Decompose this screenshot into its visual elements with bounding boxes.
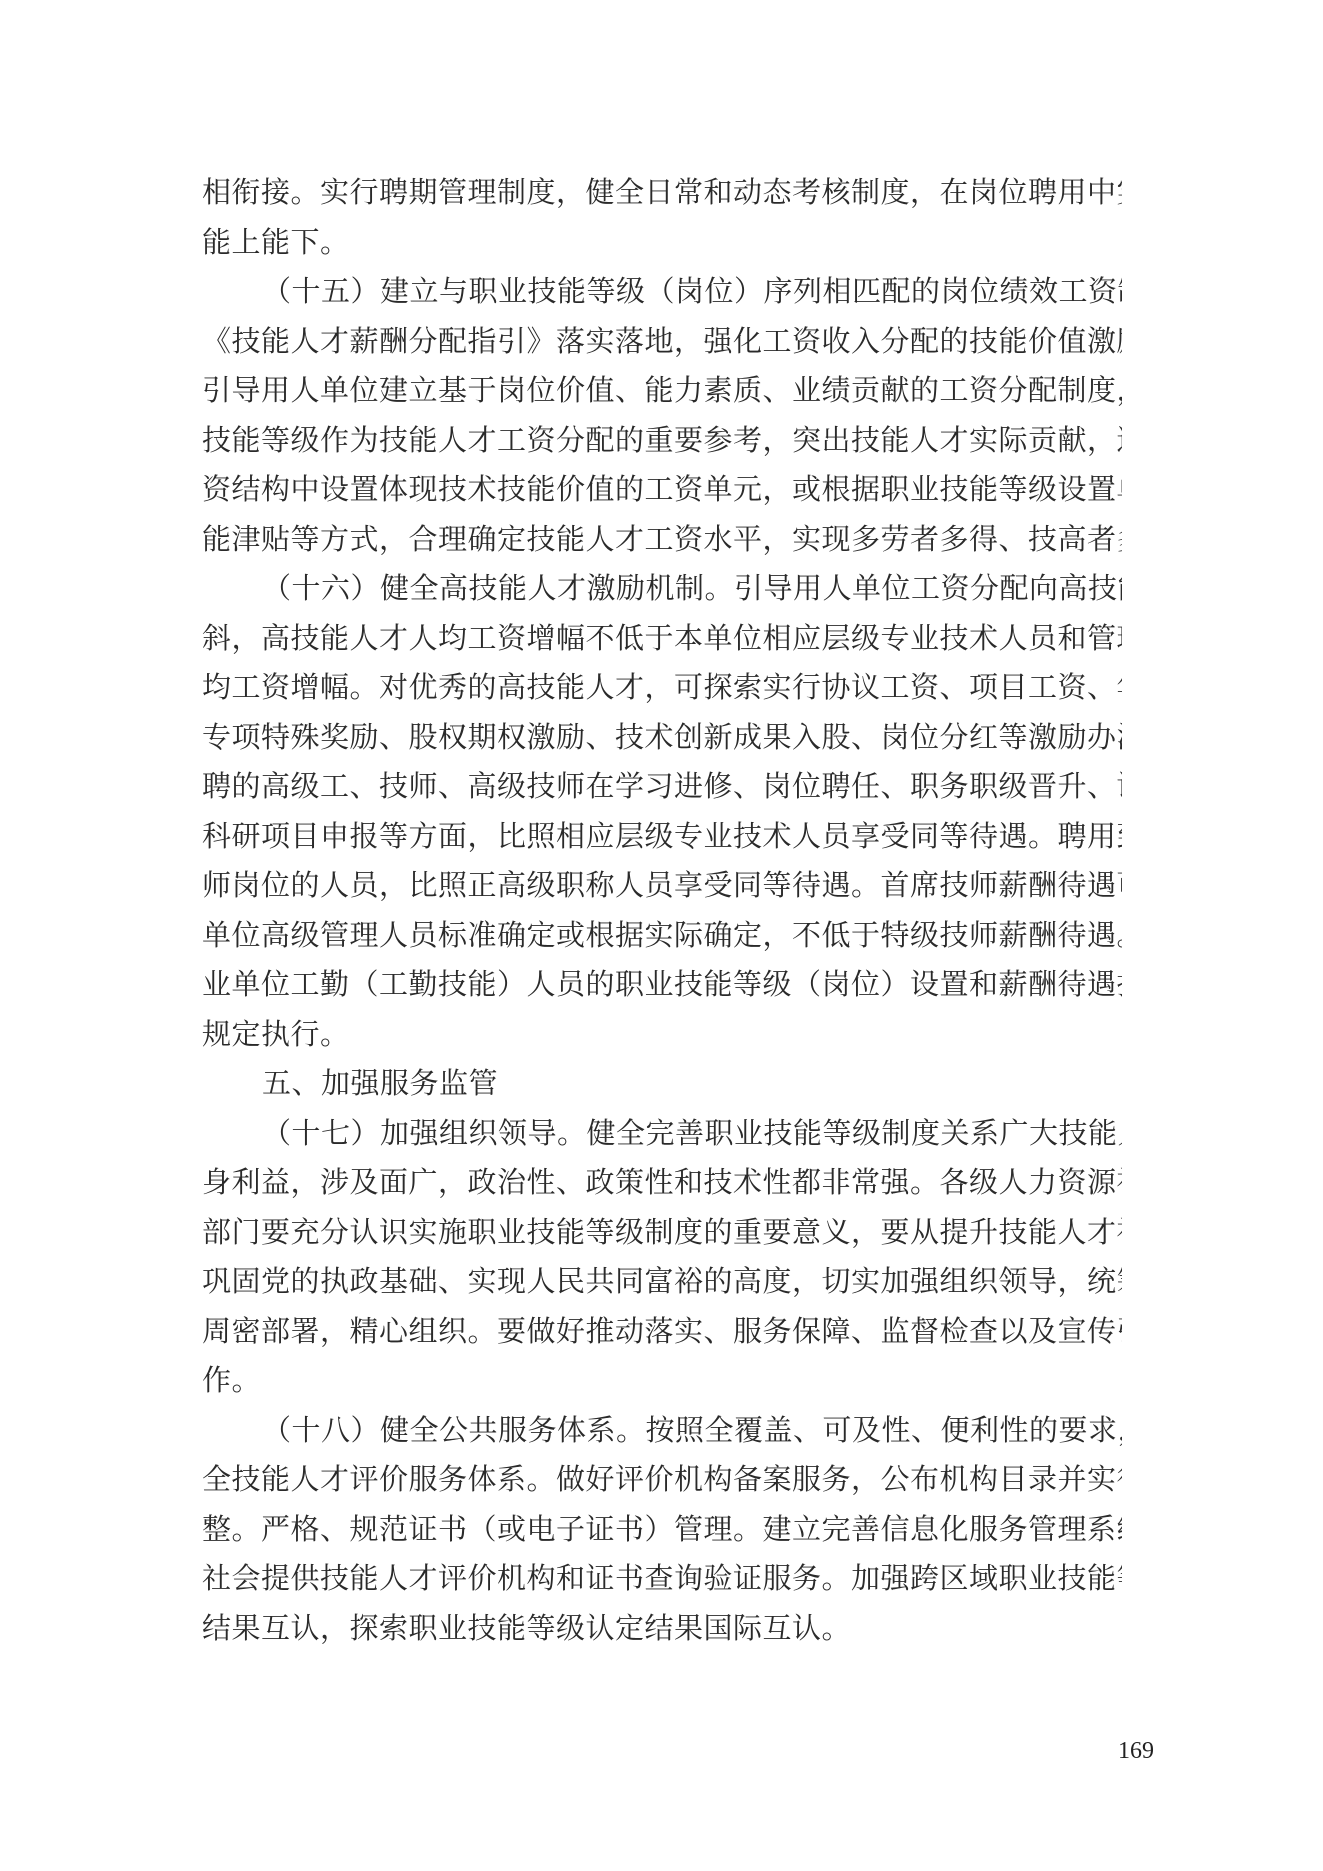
- page-number: 169: [1118, 1738, 1154, 1765]
- text-line: 部门要充分认识实施职业技能等级制度的重要意义，要从提升技能人才社会地位、: [202, 1208, 1122, 1258]
- text-line: 师岗位的人员，比照正高级职称人员享受同等待遇。首席技师薪酬待遇可参照本: [202, 861, 1122, 911]
- text-line: 作。: [202, 1356, 1122, 1406]
- paragraph-18-heading-line: （十八）健全公共服务体系。按照全覆盖、可及性、便利性的要求，建立健: [202, 1406, 1122, 1456]
- paragraph-16-heading-line: （十六）健全高技能人才激励机制。引导用人单位工资分配向高技能人才倾: [202, 564, 1122, 614]
- text-line: 科研项目申报等方面，比照相应层级专业技术人员享受同等待遇。聘用到特级技: [202, 812, 1122, 862]
- text-line: 能上能下。: [202, 218, 1122, 268]
- paragraph-15-heading-line: （十五）建立与职业技能等级（岗位）序列相匹配的岗位绩效工资制。推动: [202, 267, 1122, 317]
- text-line: 能津贴等方式，合理确定技能人才工资水平，实现多劳者多得、技高者多得。: [202, 515, 1122, 565]
- text-line: 整。严格、规范证书（或电子证书）管理。建立完善信息化服务管理系统，面向: [202, 1505, 1122, 1555]
- text-line: 全技能人才评价服务体系。做好评价机构备案服务，公布机构目录并实行动态调: [202, 1455, 1122, 1505]
- text-line: 结果互认，探索职业技能等级认定结果国际互认。: [202, 1604, 1122, 1654]
- text-line: 社会提供技能人才评价机构和证书查询验证服务。加强跨区域职业技能等级认定: [202, 1554, 1122, 1604]
- text-line: 单位高级管理人员标准确定或根据实际确定，不低于特级技师薪酬待遇。机关事: [202, 911, 1122, 961]
- text-line: 资结构中设置体现技术技能价值的工资单元，或根据职业技能等级设置单独的技: [202, 465, 1122, 515]
- text-line: 业单位工勤（工勤技能）人员的职业技能等级（岗位）设置和薪酬待遇按照有关: [202, 960, 1122, 1010]
- text-line: 聘的高级工、技师、高级技师在学习进修、岗位聘任、职务职级晋升、评优评奖、: [202, 762, 1122, 812]
- paragraph-17-heading-line: （十七）加强组织领导。健全完善职业技能等级制度关系广大技能人才的切: [202, 1109, 1122, 1159]
- text-line: 相衔接。实行聘期管理制度，健全日常和动态考核制度，在岗位聘用中实现人员: [202, 168, 1122, 218]
- text-line: 身利益，涉及面广，政治性、政策性和技术性都非常强。各级人力资源社会保障: [202, 1158, 1122, 1208]
- document-body: 相衔接。实行聘期管理制度，健全日常和动态考核制度，在岗位聘用中实现人员 能上能下…: [202, 168, 1122, 1653]
- text-line: 规定执行。: [202, 1010, 1122, 1060]
- text-line: 均工资增幅。对优秀的高技能人才，可探索实行协议工资、项目工资、年薪制、: [202, 663, 1122, 713]
- text-line: 巩固党的执政基础、实现人民共同富裕的高度，切实加强组织领导，统筹规划，: [202, 1257, 1122, 1307]
- section-5-heading: 五、加强服务监管: [202, 1059, 1122, 1109]
- text-line: 专项特殊奖励、股权期权激励、技术创新成果入股、岗位分红等激励办法。对在: [202, 713, 1122, 763]
- text-line: 周密部署，精心组织。要做好推动落实、服务保障、监督检查以及宣传引导等工: [202, 1307, 1122, 1357]
- text-line: 《技能人才薪酬分配指引》落实落地，强化工资收入分配的技能价值激励导向。: [202, 317, 1122, 367]
- text-line: 引导用人单位建立基于岗位价值、能力素质、业绩贡献的工资分配制度，将职业: [202, 366, 1122, 416]
- text-line: 斜，高技能人才人均工资增幅不低于本单位相应层级专业技术人员和管理人员人: [202, 614, 1122, 664]
- text-line: 技能等级作为技能人才工资分配的重要参考，突出技能人才实际贡献，通过在工: [202, 416, 1122, 466]
